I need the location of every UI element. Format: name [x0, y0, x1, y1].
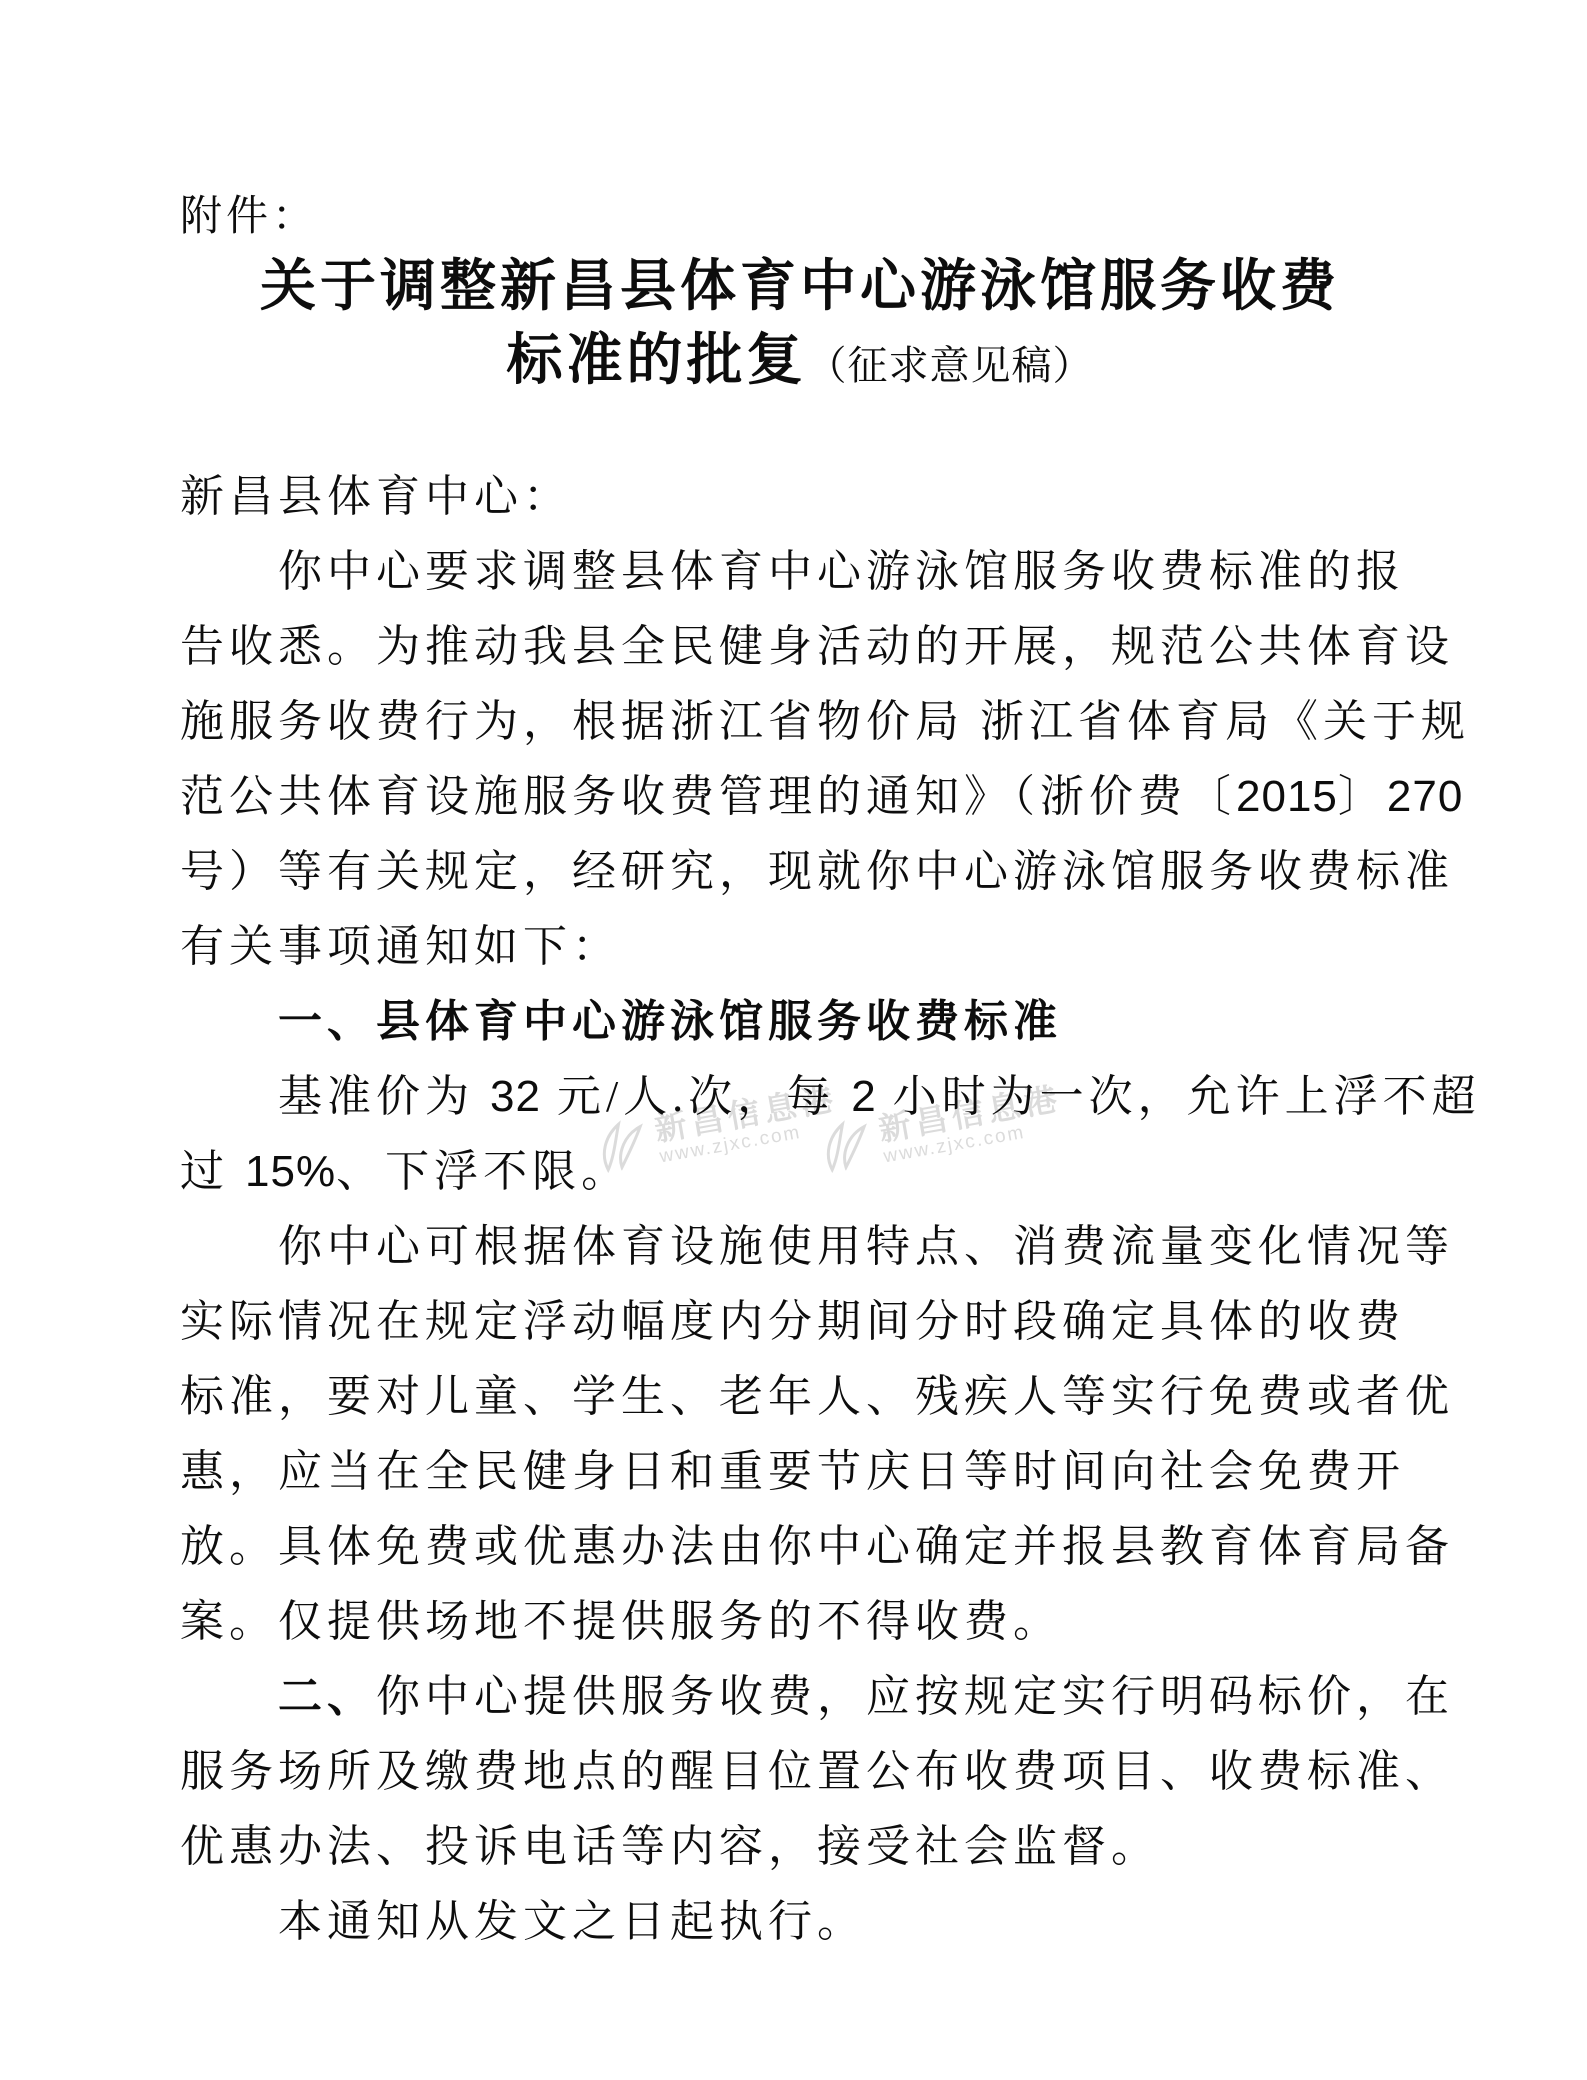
text-segment: 你中心可根据体育设施使用特点、消费流量变化情况等 — [278, 1222, 1454, 1271]
text-segment: 基准价为 — [278, 1072, 490, 1121]
text-segment: 、下浮不限。 — [336, 1147, 630, 1196]
text-segment: 32 — [490, 1072, 541, 1121]
body-line: 施服务收费行为，根据浙江省物价局 浙江省体育局《关于规 — [180, 684, 1420, 759]
title-line1: 关于调整新昌县体育中心游泳馆服务收费 — [180, 250, 1420, 324]
title-line2-main: 标准的批复 — [507, 330, 807, 392]
body-line: 服务场所及缴费地点的醒目位置公布收费项目、收费标准、 — [180, 1734, 1420, 1809]
body-line: 基准价为 32 元/人.次，每 2 小时为一次，允许上浮不超 — [180, 1059, 1420, 1134]
body-line: 标准，要对儿童、学生、老年人、残疾人等实行免费或者优 — [180, 1359, 1420, 1434]
text-segment: 惠，应当在全民健身日和重要节庆日等时间向社会免费开 — [180, 1447, 1405, 1496]
text-segment: 元/人.次，每 — [541, 1072, 851, 1121]
text-segment: 范公共体育设施服务收费管理的通知》（浙价费〔 — [180, 772, 1236, 821]
document-body: 新昌县体育中心： 你中心要求调整县体育中心游泳馆服务收费标准的报告收悉。为推动我… — [180, 459, 1420, 1959]
text-segment: 你中心提供服务收费，应按规定实行明码标价，在 — [376, 1672, 1454, 1721]
text-segment: 案。仅提供场地不提供服务的不得收费。 — [180, 1597, 1062, 1646]
body-line: 你中心要求调整县体育中心游泳馆服务收费标准的报 — [180, 534, 1420, 609]
text-segment: 服务场所及缴费地点的醒目位置公布收费项目、收费标准、 — [180, 1747, 1454, 1796]
text-segment: 小时为一次，允许上浮不超 — [877, 1072, 1481, 1121]
body-line: 过 15%、下浮不限。 — [180, 1134, 1420, 1209]
text-segment: 施服务收费行为，根据浙江省物价局 浙江省体育局《关于规 — [180, 697, 1470, 746]
text-segment: 本通知从发文之日起执行。 — [278, 1897, 866, 1946]
salutation: 新昌县体育中心： — [180, 459, 1420, 534]
body-line: 优惠办法、投诉电话等内容，接受社会监督。 — [180, 1809, 1420, 1884]
body-line: 号）等有关规定，经研究，现就你中心游泳馆服务收费标准 — [180, 834, 1420, 909]
document-title: 关于调整新昌县体育中心游泳馆服务收费 标准的批复（征求意见稿） — [180, 250, 1420, 403]
body-line: 惠，应当在全民健身日和重要节庆日等时间向社会免费开 — [180, 1434, 1420, 1509]
body-line: 放。具体免费或优惠办法由你中心确定并报县教育体育局备 — [180, 1509, 1420, 1584]
body-line: 案。仅提供场地不提供服务的不得收费。 — [180, 1584, 1420, 1659]
text-segment: 2 — [851, 1072, 876, 1121]
body-line: 有关事项通知如下： — [180, 909, 1420, 984]
text-segment: 标准，要对儿童、学生、老年人、残疾人等实行免费或者优 — [180, 1372, 1454, 1421]
text-segment: 放。具体免费或优惠办法由你中心确定并报县教育体育局备 — [180, 1522, 1454, 1571]
text-segment: 优惠办法、投诉电话等内容，接受社会监督。 — [180, 1822, 1160, 1871]
body-line: 二、你中心提供服务收费，应按规定实行明码标价，在 — [180, 1659, 1420, 1734]
body-line: 你中心可根据体育设施使用特点、消费流量变化情况等 — [180, 1209, 1420, 1284]
text-segment: 15% — [245, 1147, 336, 1196]
body-line: 本通知从发文之日起执行。 — [180, 1884, 1420, 1959]
body-line: 范公共体育设施服务收费管理的通知》（浙价费〔2015〕270 — [180, 759, 1420, 834]
text-segment: 〕 — [1338, 772, 1387, 821]
attachment-label: 附件： — [180, 190, 1420, 244]
body-line: 实际情况在规定浮动幅度内分期间分时段确定具体的收费 — [180, 1284, 1420, 1359]
document-content: 附件： 关于调整新昌县体育中心游泳馆服务收费 标准的批复（征求意见稿） 新昌县体… — [180, 190, 1420, 1959]
body-lines: 你中心要求调整县体育中心游泳馆服务收费标准的报告收悉。为推动我县全民健身活动的开… — [180, 534, 1420, 1959]
body-line: 告收悉。为推动我县全民健身活动的开展，规范公共体育设 — [180, 609, 1420, 684]
text-segment: 2015 — [1236, 772, 1338, 821]
text-segment: 告收悉。为推动我县全民健身活动的开展，规范公共体育设 — [180, 622, 1454, 671]
text-segment: 号）等有关规定，经研究，现就你中心游泳馆服务收费标准 — [180, 847, 1454, 896]
document-page: 新昌信息港 www.zjxc.com 新昌信息港 www.zjxc.com 附件… — [0, 0, 1587, 2080]
body-line: 一、县体育中心游泳馆服务收费标准 — [180, 984, 1420, 1059]
text-segment: 有关事项通知如下： — [180, 922, 621, 971]
text-segment: 你中心要求调整县体育中心游泳馆服务收费标准的报 — [278, 547, 1405, 596]
text-segment: 实际情况在规定浮动幅度内分期间分时段确定具体的收费 — [180, 1297, 1405, 1346]
text-segment: 二、 — [278, 1672, 376, 1721]
title-line2-note: （征求意见稿） — [807, 343, 1094, 388]
text-segment: 一、县体育中心游泳馆服务收费标准 — [278, 997, 1062, 1046]
text-segment: 270 — [1387, 772, 1463, 821]
title-line2: 标准的批复（征求意见稿） — [180, 324, 1420, 403]
text-segment: 过 — [180, 1147, 245, 1196]
